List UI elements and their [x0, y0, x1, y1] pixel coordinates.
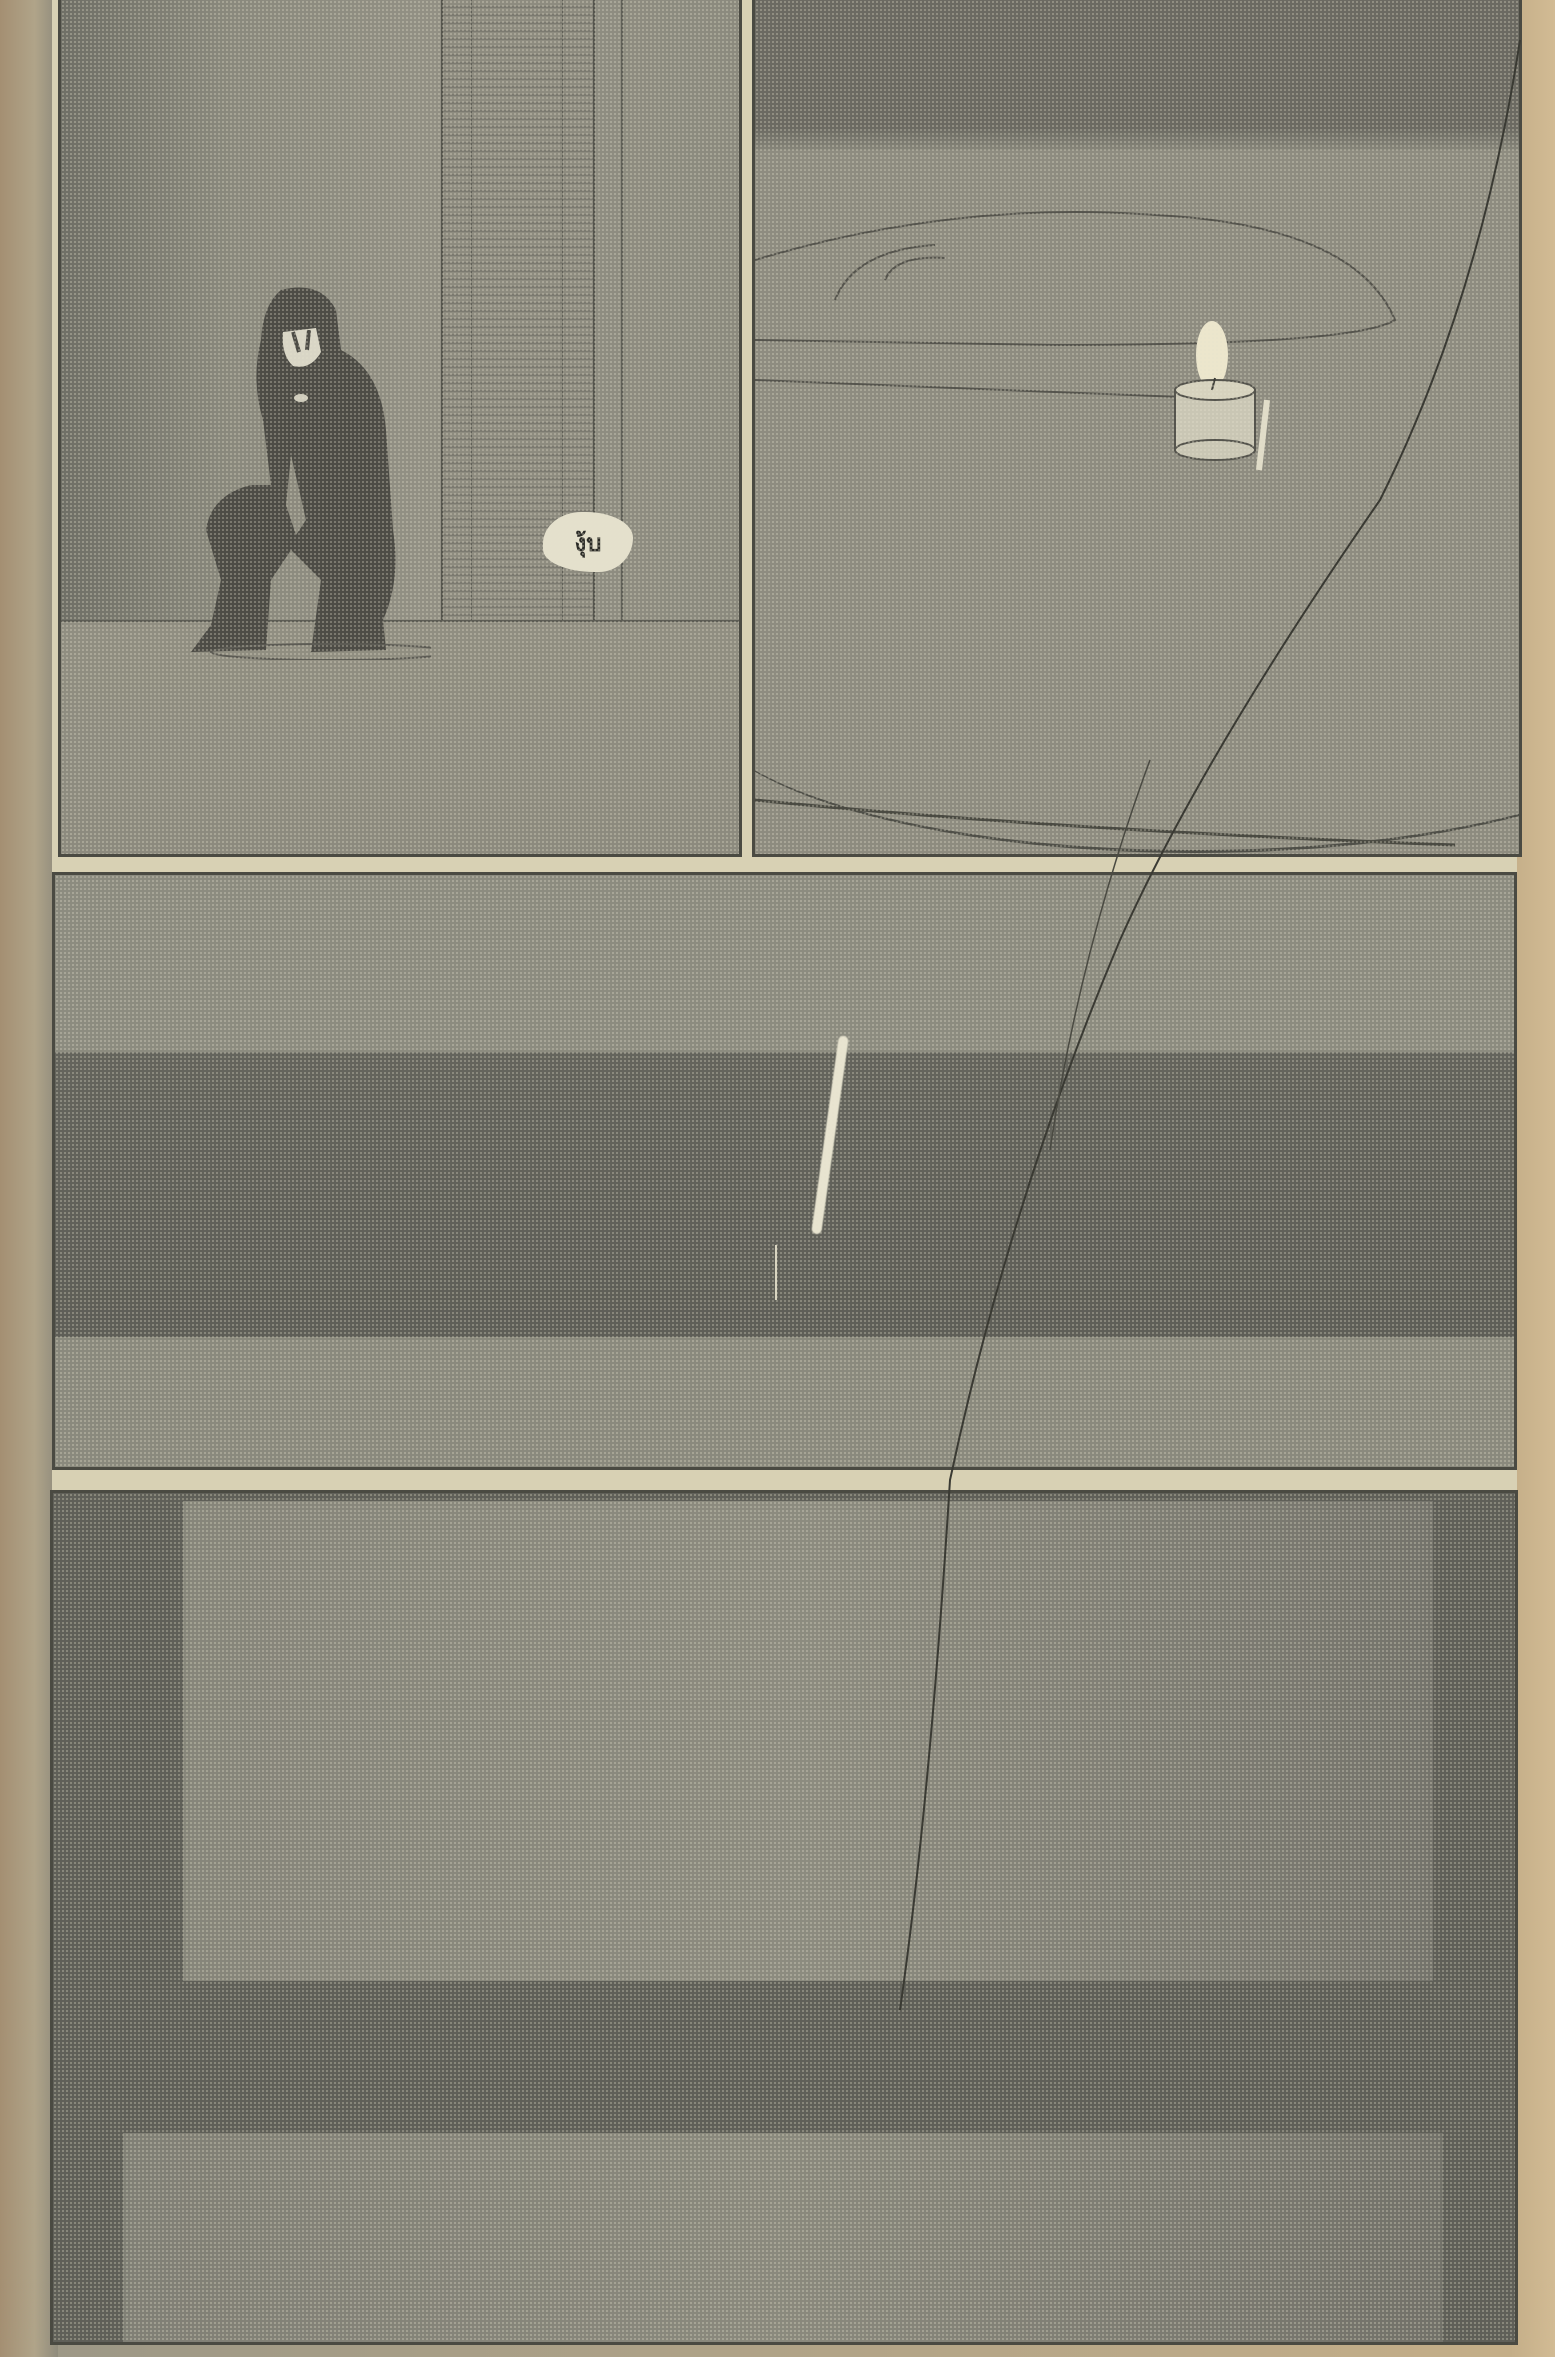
light-block-lower [123, 2133, 1443, 2345]
smoke-trail [775, 1245, 777, 1300]
screentone-overlay [55, 875, 1514, 1467]
candle-icon [1167, 310, 1287, 480]
sound-effect-bubble: งุ้บ [543, 512, 633, 572]
sound-effect-text: งุ้บ [575, 523, 602, 562]
panel-sitting-figure: งุ้บ [58, 0, 742, 857]
smoke-wisp [811, 1035, 849, 1234]
comic-page: งุ้บ [52, 0, 1517, 2345]
panel-smoke [52, 872, 1517, 1470]
panel-abstract-dark [50, 1490, 1518, 2345]
table-engravings [755, 0, 1522, 857]
light-block-upper [183, 1501, 1433, 1981]
sitting-figure-silhouette [171, 280, 431, 660]
panel-candle [752, 0, 1522, 857]
